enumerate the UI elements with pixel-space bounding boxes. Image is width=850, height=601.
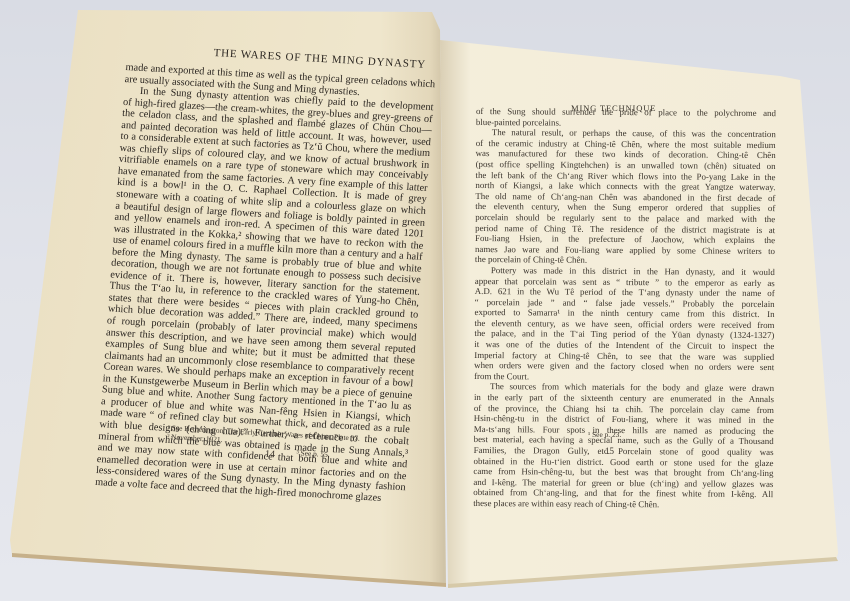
right-page-number: 15: [605, 446, 614, 456]
right-page-footnotes: ¹ See p. 23.: [588, 430, 621, 439]
open-book: THE WARES OF THE MING DYNASTY made and e…: [0, 0, 850, 601]
footnote-1: ¹ See p. 23.: [588, 430, 621, 439]
text-line: these places are within easy reach of Ch…: [473, 498, 773, 511]
left-page-number: 14: [265, 449, 276, 461]
right-page-body: of the Sung should surrender the pride o…: [473, 106, 776, 511]
